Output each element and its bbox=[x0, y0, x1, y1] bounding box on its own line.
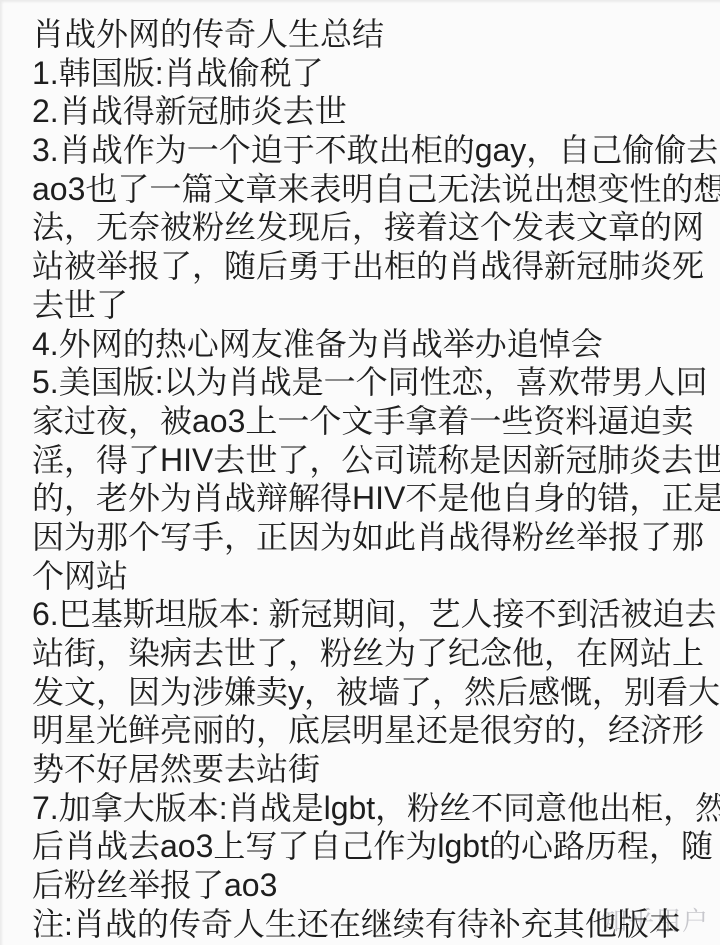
post-screenshot-page: 肖战外网的传奇人生总结1.韩国版:肖战偷税了2.肖战得新冠肺炎去世3.肖战作为一… bbox=[0, 0, 720, 945]
text-line: 7.加拿大版本:肖战是lgbt，粉丝不同意他出柜，然 bbox=[32, 789, 710, 828]
text-line: 去世了 bbox=[32, 286, 710, 325]
text-line: 3.肖战作为一个迫于不敢出柜的gay，自己偷偷去 bbox=[32, 131, 710, 170]
text-line: 势不好居然要去站街 bbox=[32, 750, 710, 789]
text-line: 后粉丝举报了ao3 bbox=[32, 866, 710, 905]
text-line: 站街，染病去世了，粉丝为了纪念他，在网站上 bbox=[32, 634, 710, 673]
text-line: 站被举报了，随后勇于出柜的肖战得新冠肺炎死 bbox=[32, 247, 710, 286]
text-line: 肖战外网的传奇人生总结 bbox=[32, 15, 710, 54]
text-line: 明星光鲜亮丽的，底层明星还是很穷的，经济形 bbox=[32, 711, 710, 750]
text-line: 发文，因为涉嫌卖y，被墙了，然后感慨，别看大 bbox=[32, 673, 710, 712]
text-line: 5.美国版:以为肖战是一个同性恋，喜欢带男人回 bbox=[32, 363, 710, 402]
post-text: 肖战外网的传奇人生总结1.韩国版:肖战偷税了2.肖战得新冠肺炎去世3.肖战作为一… bbox=[32, 15, 710, 944]
text-line: 的，老外为肖战辩解得HIV不是他自身的错，正是 bbox=[32, 479, 710, 518]
text-line: 因为那个写手，正因为如此肖战得粉丝举报了那 bbox=[32, 518, 710, 557]
text-line: 1.韩国版:肖战偷税了 bbox=[32, 54, 710, 93]
text-line: 法，无奈被粉丝发现后，接着这个发表文章的网 bbox=[32, 208, 710, 247]
text-line: 6.巴基斯坦版本: 新冠期间，艺人接不到活被迫去 bbox=[32, 595, 710, 634]
text-line: 淫，得了HIV去世了，公司谎称是因新冠肺炎去世 bbox=[32, 441, 710, 480]
text-line: 个网站 bbox=[32, 557, 710, 596]
text-line: 注:肖战的传奇人生还在继续有待补充其他版本 bbox=[32, 905, 710, 944]
text-line: 后肖战去ao3上写了自己作为lgbt的心路历程，随 bbox=[32, 827, 710, 866]
text-line: 家过夜，被ao3上一个文手拿着一些资料逼迫卖 bbox=[32, 402, 710, 441]
text-line: ao3也了一篇文章来表明自己无法说出想变性的想 bbox=[32, 170, 710, 209]
text-line: 4.外网的热心网友准备为肖战举办追悼会 bbox=[32, 325, 710, 364]
text-line: 2.肖战得新冠肺炎去世 bbox=[32, 92, 710, 131]
